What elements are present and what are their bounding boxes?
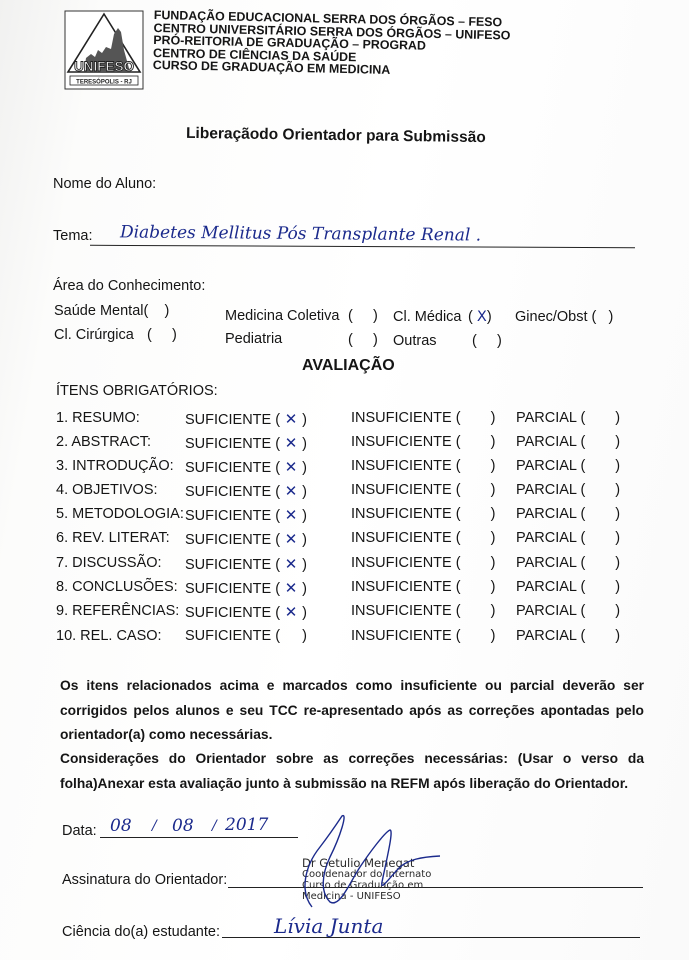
checkbox-parcial[interactable]: PARCIAL () (516, 603, 620, 619)
item-name: 7. DISCUSSÃO: (56, 555, 162, 571)
svg-text:UNIFESO: UNIFESO (74, 59, 134, 74)
advisor-signature-label: Assinatura do Orientador: (62, 872, 227, 888)
option-pediatria[interactable]: ( ) (348, 332, 378, 348)
option-medicina-coletiva-label: Medicina Coletiva (225, 308, 339, 324)
checkbox-suficiente[interactable]: SUFICIENTE (✕) (185, 434, 307, 452)
x-mark-icon: ✕ (280, 410, 302, 428)
checkbox-insuficiente[interactable]: INSUFICIENTE () (351, 458, 495, 474)
option-pediatria-label: Pediatria (225, 331, 282, 347)
option-cl-cirurgica[interactable]: ( ) (147, 327, 177, 343)
date-day: 08 (110, 816, 132, 836)
checkbox-parcial[interactable]: PARCIAL () (516, 482, 620, 498)
advisor-signature-icon[interactable] (290, 812, 490, 912)
item-name: 6. REV. LITERAT: (56, 530, 170, 546)
date-month: 08 (172, 816, 194, 836)
date-label: Data: (62, 823, 97, 839)
theme-underline (90, 245, 635, 248)
checkbox-parcial[interactable]: PARCIAL () (516, 458, 620, 474)
checkbox-insuficiente[interactable]: INSUFICIENTE () (351, 603, 495, 619)
checkbox-parcial[interactable]: PARCIAL () (516, 530, 620, 546)
option-outras[interactable]: ( ) (472, 333, 502, 349)
theme-label: Tema: (53, 228, 93, 244)
checkbox-suficiente[interactable]: SUFICIENTE (✕) (185, 410, 307, 428)
checkbox-parcial[interactable]: PARCIAL () (516, 555, 620, 571)
knowledge-area-label: Área do Conhecimento: (53, 278, 205, 294)
student-ack-label: Ciência do(a) estudante: (62, 924, 220, 940)
checkbox-insuficiente[interactable]: INSUFICIENTE () (351, 434, 495, 450)
x-mark-icon: ✕ (280, 482, 302, 500)
x-mark-icon: ✕ (280, 506, 302, 524)
checkbox-parcial[interactable]: PARCIAL () (516, 628, 620, 644)
document-page: UNIFESO TERESÓPOLIS - RJ FUNDAÇÃO EDUCAC… (0, 0, 689, 960)
option-saude-mental[interactable]: Saúde Mental( ) (54, 303, 169, 319)
checkbox-insuficiente[interactable]: INSUFICIENTE () (351, 506, 495, 522)
option-outras-label: Outras (393, 333, 437, 349)
checkbox-parcial[interactable]: PARCIAL () (516, 579, 620, 595)
checkbox-suficiente[interactable]: SUFICIENTE (✕) (185, 603, 307, 621)
option-ginec-obst[interactable]: Ginec/Obst ( ) (515, 309, 613, 325)
item-name: 1. RESUMO: (56, 410, 140, 426)
checkbox-suficiente[interactable]: SUFICIENTE (✕) (185, 506, 307, 524)
date-field[interactable]: 08 / 08 / 2017 (100, 816, 300, 842)
theme-field[interactable]: Diabetes Mellitus Pós Transplante Renal … (120, 222, 481, 245)
checkbox-insuficiente[interactable]: INSUFICIENTE () (351, 410, 495, 426)
option-cl-medica-label: Cl. Médica (393, 309, 462, 325)
checkbox-parcial[interactable]: PARCIAL () (516, 506, 620, 522)
date-year: 2017 (225, 815, 268, 835)
instructions-paragraph-1: Os itens relacionados acima e marcados c… (60, 674, 644, 748)
mandatory-items-heading: ÍTENS OBRIGATÓRIOS: (56, 383, 218, 399)
instructions-paragraph-2: Considerações do Orientador sobre as cor… (60, 747, 644, 796)
checkbox-suficiente[interactable]: SUFICIENTE (✕) (185, 555, 307, 573)
checkbox-insuficiente[interactable]: INSUFICIENTE () (351, 628, 495, 644)
student-signature[interactable]: Lívia Junta (274, 914, 383, 938)
unifeso-logo-icon: UNIFESO TERESÓPOLIS - RJ (64, 10, 144, 90)
checkbox-insuficiente[interactable]: INSUFICIENTE () (351, 482, 495, 498)
checkbox-suficiente[interactable]: SUFICIENTE () (185, 628, 307, 644)
checkbox-parcial[interactable]: PARCIAL () (516, 434, 620, 450)
option-cl-cirurgica-label: Cl. Cirúrgica (54, 327, 134, 343)
item-name: 4. OBJETIVOS: (56, 482, 158, 498)
option-medicina-coletiva[interactable]: ( ) (348, 308, 378, 324)
date-separator: / (152, 818, 157, 834)
x-mark-icon: ✕ (280, 603, 302, 621)
student-name-label: Nome do Aluno: (53, 176, 156, 192)
checkbox-suficiente[interactable]: SUFICIENTE (✕) (185, 579, 307, 597)
checkbox-suficiente[interactable]: SUFICIENTE (✕) (185, 530, 307, 548)
item-name: 5. METODOLOGIA: (56, 506, 184, 522)
item-name: 10. REL. CASO: (56, 628, 162, 644)
option-cl-medica[interactable]: ( X) (468, 309, 492, 325)
x-mark-icon: X (477, 309, 487, 325)
x-mark-icon: ✕ (280, 579, 302, 597)
x-mark-icon: ✕ (280, 555, 302, 573)
x-mark-icon: ✕ (280, 458, 302, 476)
item-name: 2. ABSTRACT: (56, 434, 151, 450)
checkbox-parcial[interactable]: PARCIAL () (516, 410, 620, 426)
checkbox-insuficiente[interactable]: INSUFICIENTE () (351, 530, 495, 546)
institution-header: FUNDAÇÃO EDUCACIONAL SERRA DOS ÓRGÃOS – … (153, 9, 511, 79)
checkbox-insuficiente[interactable]: INSUFICIENTE () (351, 579, 495, 595)
checkbox-suficiente[interactable]: SUFICIENTE (✕) (185, 458, 307, 476)
date-separator: / (212, 818, 217, 834)
evaluation-heading: AVALIAÇÃO (302, 357, 395, 375)
x-mark-icon: ✕ (280, 530, 302, 548)
x-mark-icon: ✕ (280, 434, 302, 452)
checkbox-insuficiente[interactable]: INSUFICIENTE () (351, 555, 495, 571)
item-name: 9. REFERÊNCIAS: (56, 603, 179, 619)
item-name: 3. INTRODUÇÃO: (56, 458, 174, 474)
item-name: 8. CONCLUSÕES: (56, 579, 178, 595)
svg-text:TERESÓPOLIS - RJ: TERESÓPOLIS - RJ (76, 78, 132, 86)
checkbox-suficiente[interactable]: SUFICIENTE (✕) (185, 482, 307, 500)
form-title: Liberaçãodo Orientador para Submissão (186, 125, 486, 147)
